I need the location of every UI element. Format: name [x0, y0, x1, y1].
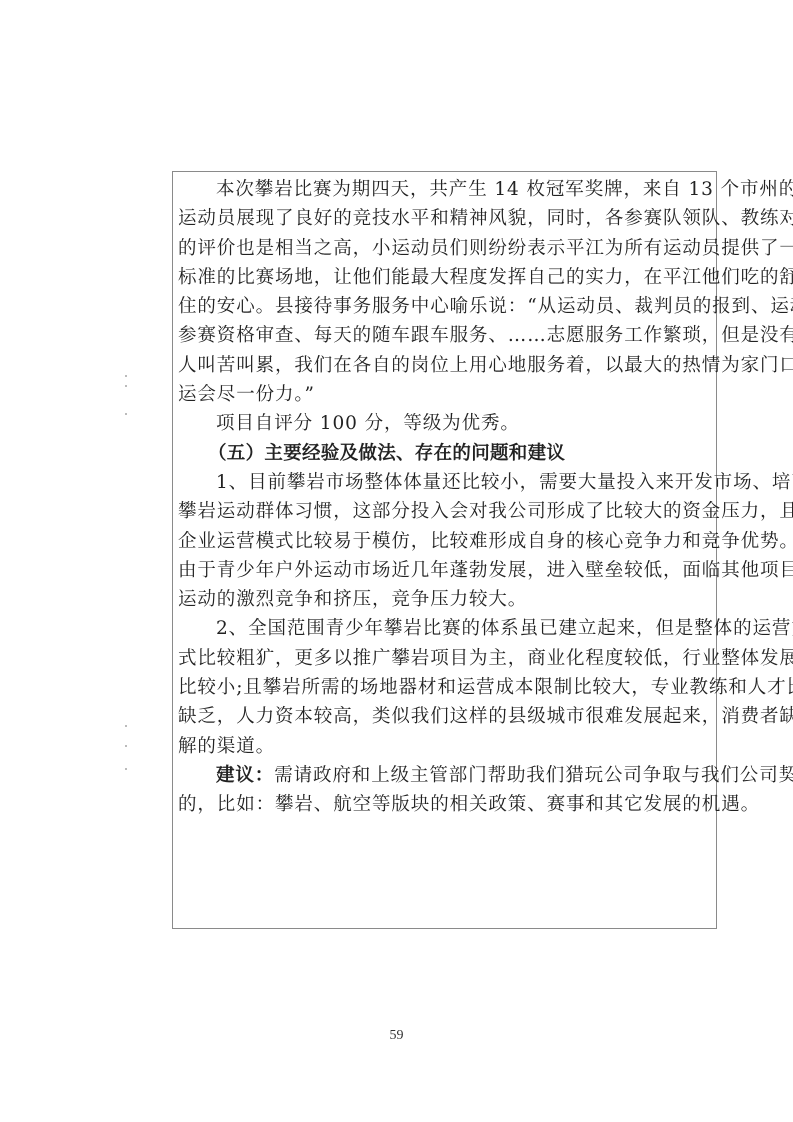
paragraph-line: 人叫苦叫累，我们在各自的岗位上用心地服务着，以最大的热情为家门口的省: [178, 351, 716, 380]
item1-line: 由于青少年户外运动市场近几年蓬勃发展，进入壁垒较低，面临其他项目户外: [178, 556, 716, 585]
scan-mark: [125, 375, 127, 377]
item1-line: 1、目前攀岩市场整体体量还比较小，需要大量投入来开发市场、培育: [178, 468, 716, 497]
suggestion-line: 的，比如：攀岩、航空等版块的相关政策、赛事和其它发展的机遇。: [178, 790, 716, 819]
paragraph-line: 运动员展现了良好的竞技水平和精神风貌，同时，各参赛队领队、教练对平江: [178, 204, 716, 233]
item2-line: 比较小;且攀岩所需的场地器材和运营成本限制比较大，专业教练和人才比较: [178, 673, 716, 702]
self-score-line: 项目自评分 100 分，等级为优秀。: [178, 409, 716, 438]
item2-line: 缺乏，人力资本较高，类似我们这样的县级城市很难发展起来，消费者缺少了: [178, 702, 716, 731]
item2-line: 2、全国范围青少年攀岩比赛的体系虽已建立起来，但是整体的运营方: [178, 614, 716, 643]
suggestion-label: 建议：: [216, 765, 274, 786]
paragraph-line: 标准的比赛场地，让他们能最大程度发挥自己的实力，在平江他们吃的舒心、: [178, 263, 716, 292]
suggestion-line: 建议：需请政府和上级主管部门帮助我们猎玩公司争取与我们公司契合: [178, 761, 716, 790]
item2-line: 解的渠道。: [178, 732, 716, 761]
suggestion-text: 需请政府和上级主管部门帮助我们猎玩公司争取与我们公司契合: [274, 765, 793, 786]
scan-mark: [125, 725, 127, 727]
paragraph-line: 运会尽一份力。”: [178, 380, 716, 409]
item2-line: 式比较粗犷，更多以推广攀岩项目为主，商业化程度较低，行业整体发展存量: [178, 644, 716, 673]
page-number: 59: [0, 1028, 793, 1044]
scan-mark: [125, 413, 127, 415]
scan-mark: [125, 768, 127, 770]
item1-line: 运动的激烈竞争和挤压，竞争压力较大。: [178, 585, 716, 614]
item1-line: 攀岩运动群体习惯，这部分投入会对我公司形成了比较大的资金压力，且攀岩: [178, 497, 716, 526]
paragraph-line: 的评价也是相当之高，小运动员们则纷纷表示平江为所有运动员提供了一个高: [178, 234, 716, 263]
document-body: 本次攀岩比赛为期四天，共产生 14 枚冠军奖牌，来自 13 个市州的 98 名 …: [178, 175, 716, 820]
paragraph-line: 参赛资格审查、每天的随车跟车服务、……志愿服务工作繁琐，但是没有一个: [178, 321, 716, 350]
section-heading: （五）主要经验及做法、存在的问题和建议: [178, 439, 716, 468]
paragraph-line: 本次攀岩比赛为期四天，共产生 14 枚冠军奖牌，来自 13 个市州的 98 名: [178, 175, 716, 204]
scan-mark: [125, 385, 127, 387]
scan-mark: [125, 745, 127, 747]
paragraph-line: 住的安心。县接待事务服务中心喻乐说：“从运动员、裁判员的报到、运动员: [178, 292, 716, 321]
item1-line: 企业运营模式比较易于模仿，比较难形成自身的核心竞争力和竞争优势。并且: [178, 527, 716, 556]
